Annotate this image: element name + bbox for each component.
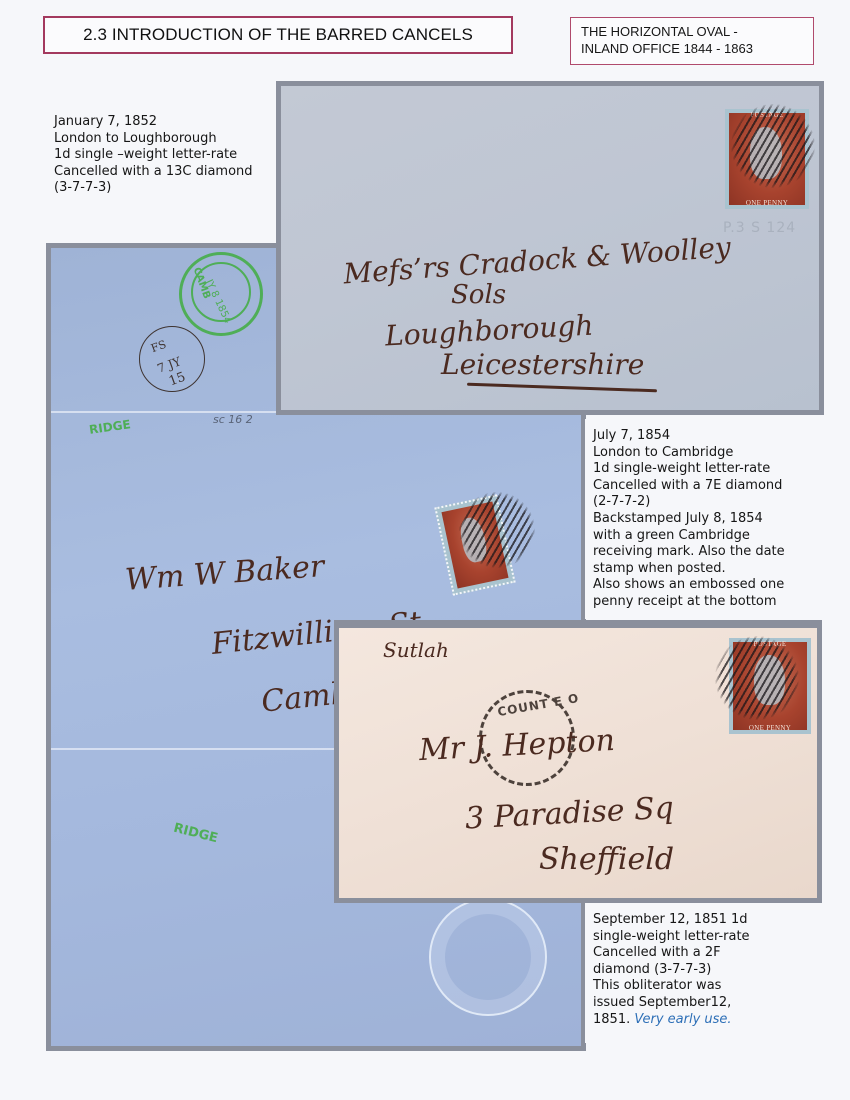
mount-exhibit-3: Sutlah POSTAGE ONE PENNY COUNT E O Mr J.… xyxy=(334,620,822,903)
handwritten-address-line-2: 3 Paradise Sq xyxy=(464,791,674,837)
mount-exhibit-1: POSTAGE ONE PENNY P.3 S 124 Mefs’rs Crad… xyxy=(276,81,824,415)
caption-exhibit-3: September 12, 1851 1d single-weight lett… xyxy=(585,903,850,1043)
caption-line: penny receipt at the bottom xyxy=(593,594,850,611)
handwritten-docket: Sutlah xyxy=(383,638,449,662)
cover-exhibit-1: POSTAGE ONE PENNY P.3 S 124 Mefs’rs Crad… xyxy=(281,86,819,410)
handwritten-address-line-1: Mefs’rs Cradock & Woolley xyxy=(342,231,731,291)
green-partial-mark: RIDGE xyxy=(88,417,131,437)
handwritten-address-line-1: Mr J. Hepton xyxy=(418,723,616,768)
embossed-penny-receipt xyxy=(429,898,547,1016)
section-subtitle-box: THE HORIZONTAL OVAL - INLAND OFFICE 1844… xyxy=(570,17,814,65)
green-partial-mark-2: RIDGE xyxy=(172,821,219,846)
caption-line: Backstamped July 8, 1854 xyxy=(593,511,850,528)
early-use-note: Very early use. xyxy=(634,1012,731,1027)
handwritten-address-line-2: Sols xyxy=(451,280,506,310)
handwritten-address-line-4: Leicestershire xyxy=(441,348,644,381)
caption-exhibit-2: July 7, 1854 London to Cambridge 1d sing… xyxy=(585,419,850,619)
page-title-box: 2.3 INTRODUCTION OF THE BARRED CANCELS xyxy=(43,16,513,54)
handwritten-address-line-1: Wm W Baker xyxy=(124,549,325,598)
caption-line: London to Loughborough xyxy=(54,131,253,148)
caption-line: Cancelled with a 13C diamond xyxy=(54,164,253,181)
caption-line: 1d single –weight letter-rate xyxy=(54,147,253,164)
caption-line: January 7, 1852 xyxy=(54,114,253,131)
diamond-barred-cancel xyxy=(731,104,815,188)
caption-line: Cancelled with a 2F xyxy=(593,945,850,962)
caption-line: This obliterator was xyxy=(593,978,850,995)
page-title: 2.3 INTRODUCTION OF THE BARRED CANCELS xyxy=(83,25,473,45)
caption-line: 1851. Very early use. xyxy=(593,1012,850,1029)
handwritten-address-line-3: Loughborough xyxy=(384,309,594,353)
caption-line: September 12, 1851 1d xyxy=(593,912,850,929)
caption-line: receiving mark. Also the date xyxy=(593,544,850,561)
caption-line: issued September12, xyxy=(593,995,850,1012)
pencil-note: P.3 S 124 xyxy=(723,220,796,236)
subtitle-line-2: INLAND OFFICE 1844 - 1863 xyxy=(581,40,813,57)
handwritten-underline xyxy=(467,383,657,393)
caption-exhibit-1: January 7, 1852 London to Loughborough 1… xyxy=(54,114,253,197)
caption-line: stamp when posted. xyxy=(593,561,850,578)
diamond-barred-cancel xyxy=(459,492,535,568)
caption-line: diamond (3-7-7-3) xyxy=(593,962,850,979)
stamp-label-bottom: ONE PENNY xyxy=(725,199,809,207)
caption-line: July 7, 1854 xyxy=(593,428,850,445)
stamp-label-bottom: ONE PENNY xyxy=(729,724,811,732)
handwritten-address-line-3: Sheffield xyxy=(539,842,674,877)
caption-line: Cancelled with a 7E diamond xyxy=(593,478,850,495)
caption-line: Also shows an embossed one xyxy=(593,577,850,594)
caption-line: (3-7-7-3) xyxy=(54,180,253,197)
caption-line: single-weight letter-rate xyxy=(593,929,850,946)
pencil-note: sc 16 2 xyxy=(213,413,253,426)
caption-line: London to Cambridge xyxy=(593,445,850,462)
caption-year: 1851. xyxy=(593,1012,634,1027)
caption-line: (2-7-7-2) xyxy=(593,494,850,511)
subtitle-line-1: THE HORIZONTAL OVAL - xyxy=(581,23,813,40)
cover-exhibit-3: Sutlah POSTAGE ONE PENNY COUNT E O Mr J.… xyxy=(339,628,817,898)
caption-line: 1d single-weight letter-rate xyxy=(593,461,850,478)
caption-line: with a green Cambridge xyxy=(593,528,850,545)
diamond-barred-cancel xyxy=(715,636,799,720)
